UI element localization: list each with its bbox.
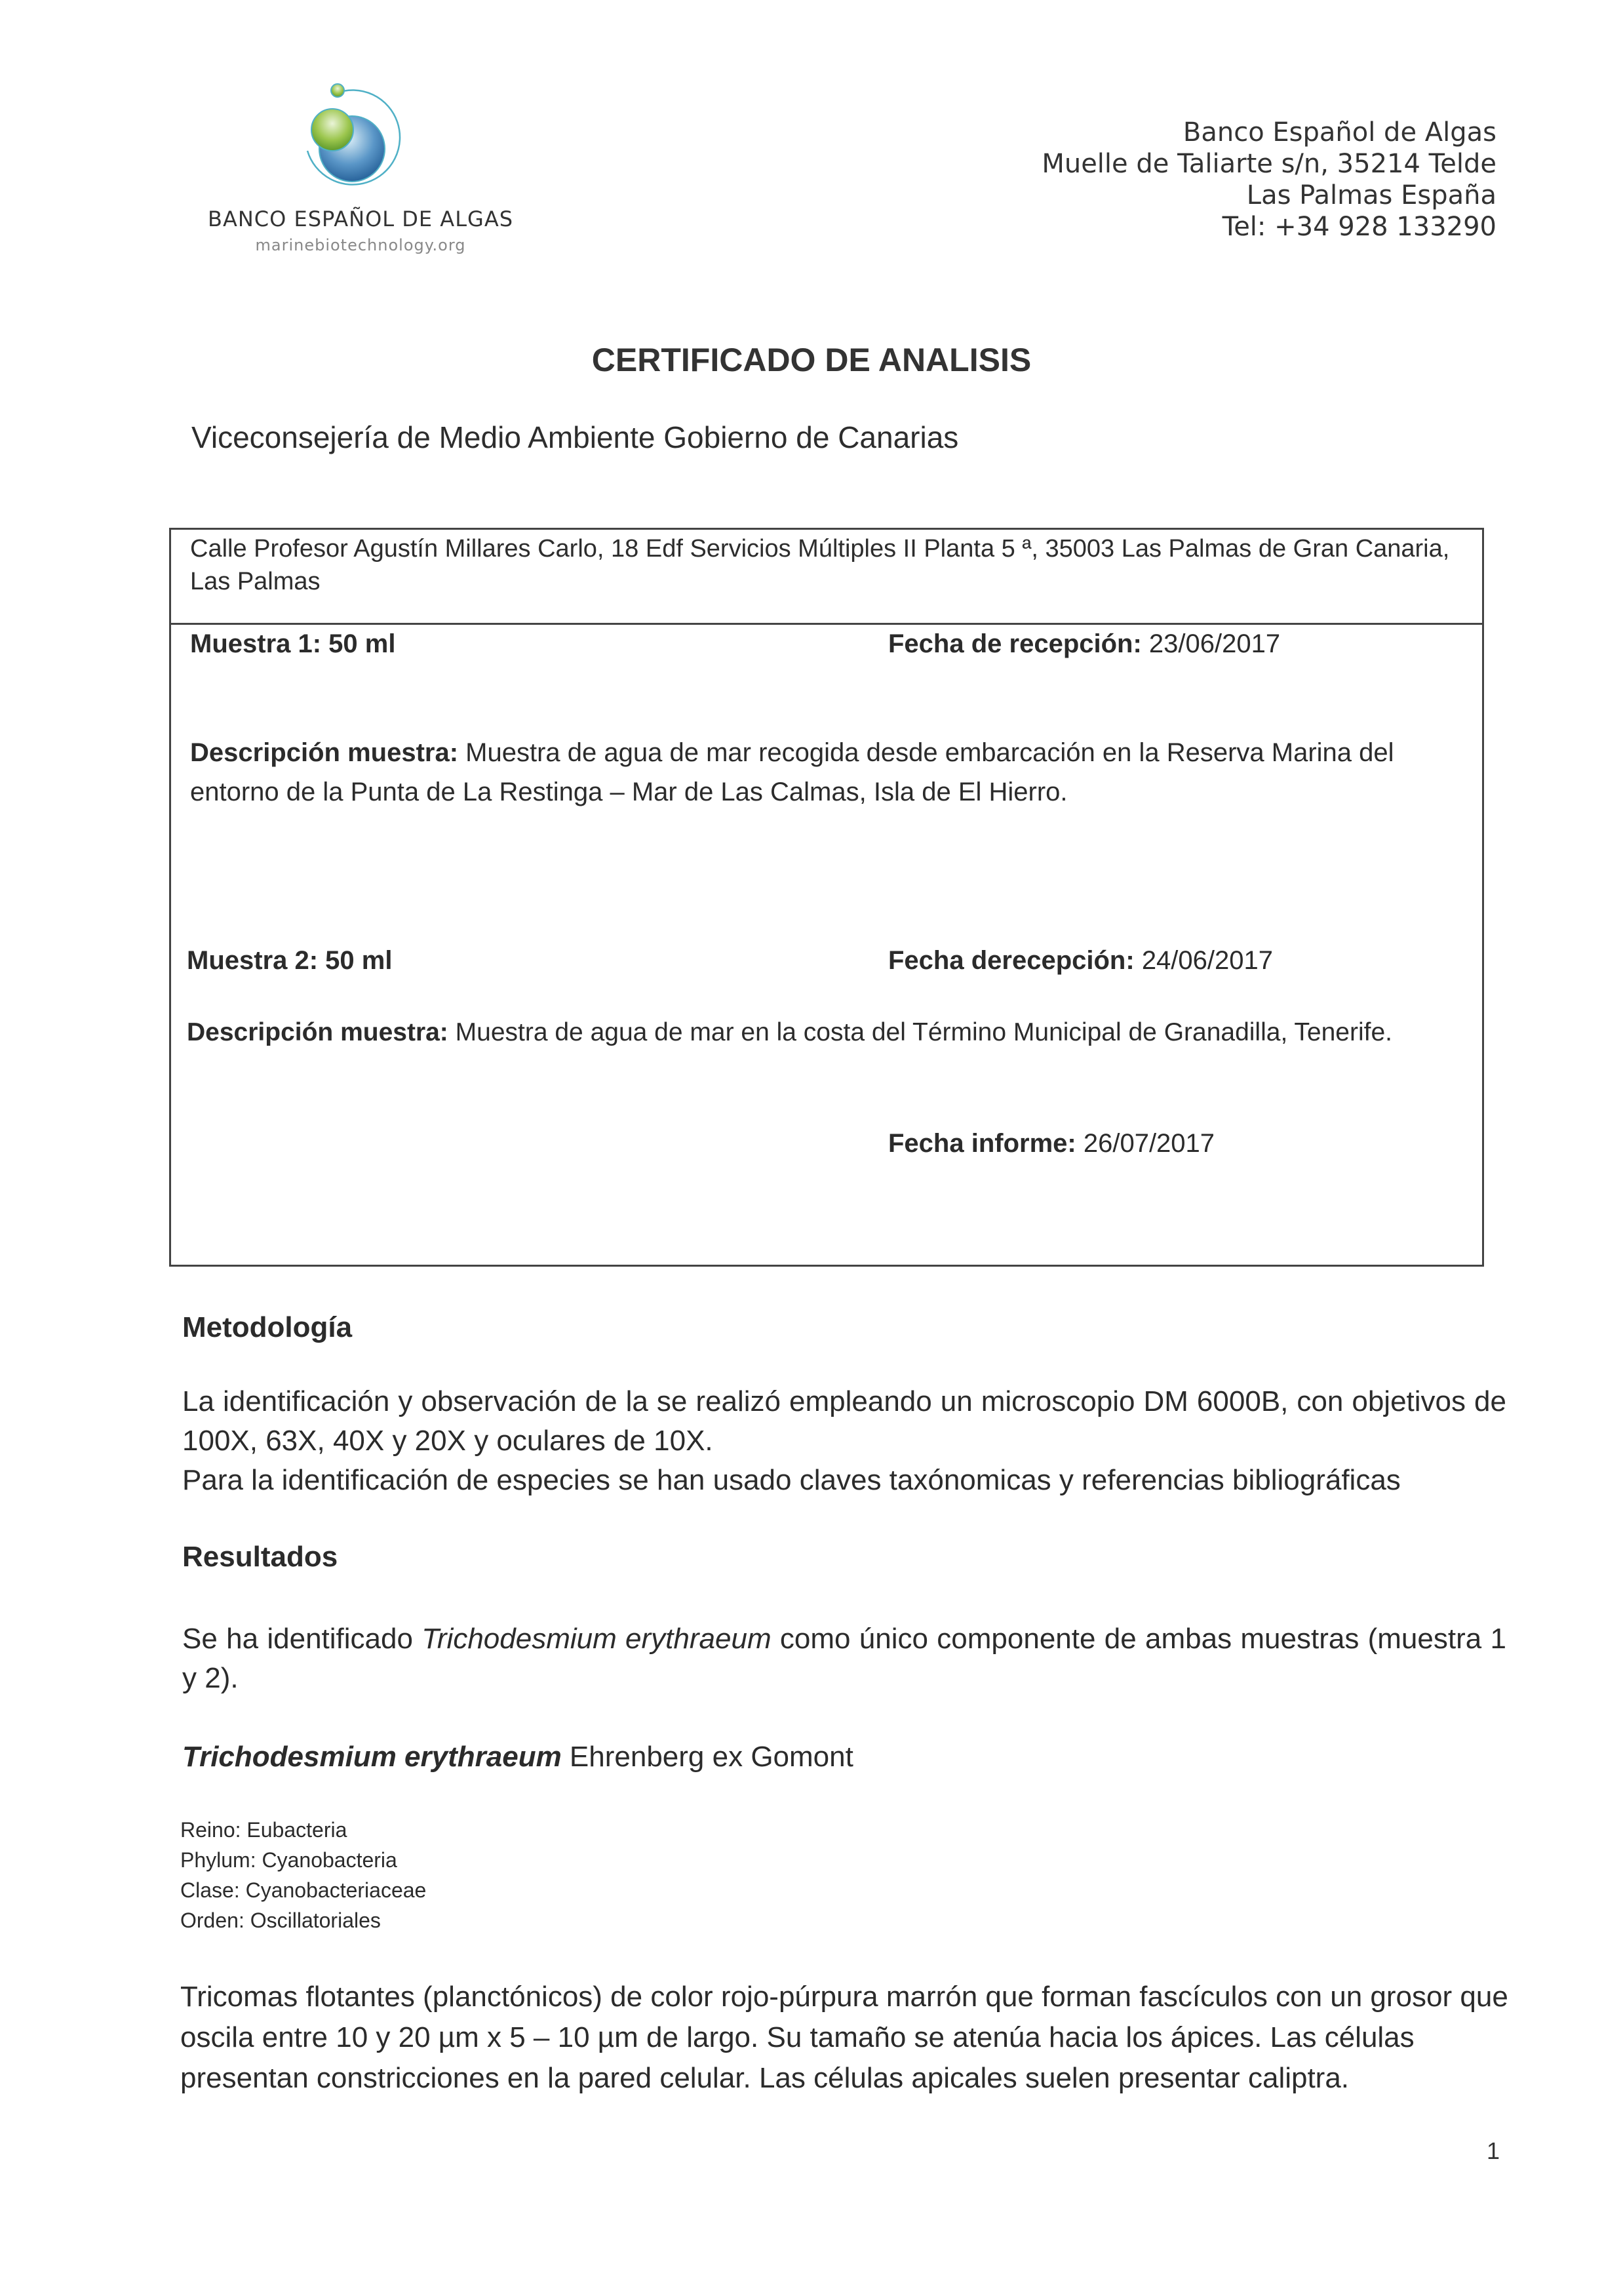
species-name: Trichodesmium erythraeum [421, 1623, 771, 1655]
taxonomy-order: Orden: Oscillatoriales [180, 1905, 426, 1935]
divider [169, 623, 1484, 625]
page-number: 1 [1487, 2137, 1500, 2165]
taxonomy-kingdom: Reino: Eubacteria [180, 1815, 426, 1845]
sender-phone: Tel: +34 928 133290 [1042, 211, 1496, 243]
sample1-reception-date: Fecha de recepción: 23/06/2017 [888, 629, 1280, 659]
sample2-label: Muestra 2: 50 ml [187, 946, 392, 976]
species-description: Tricomas flotantes (planctónicos) de col… [180, 1977, 1517, 2099]
logo-name: BANCO ESPAÑOL DE ALGAS [177, 207, 544, 231]
sender-line: Las Palmas España [1042, 180, 1496, 211]
methodology-heading: Metodología [182, 1311, 352, 1344]
sample2-description: Descripción muestra: Muestra de agua de … [187, 1013, 1485, 1052]
results-heading: Resultados [182, 1541, 338, 1574]
sample2-reception-date: Fecha derecepción: 24/06/2017 [888, 946, 1273, 976]
sender-line: Muelle de Taliarte s/n, 35214 Telde [1042, 148, 1496, 180]
logo-url: marinebiotechnology.org [177, 236, 544, 254]
sender-line: Banco Español de Algas [1042, 117, 1496, 148]
sample1-label: Muestra 1: 50 ml [190, 629, 395, 659]
taxonomy-phylum: Phylum: Cyanobacteria [180, 1845, 426, 1875]
report-date: Fecha informe: 26/07/2017 [888, 1129, 1215, 1158]
algae-globe-icon [292, 79, 403, 203]
species-title: Trichodesmium erythraeum Ehrenberg ex Go… [182, 1737, 1506, 1777]
methodology-paragraph: La identificación y observación de la se… [182, 1382, 1506, 1461]
recipient: Viceconsejería de Medio Ambiente Gobiern… [191, 420, 958, 455]
recipient-address: Calle Profesor Agustín Millares Carlo, 1… [190, 532, 1481, 598]
methodology-references: Para la identificación de especies se ha… [182, 1461, 1506, 1500]
sample1-description: Descripción muestra: Muestra de agua de … [190, 733, 1475, 812]
document-title: CERTIFICADO DE ANALISIS [0, 341, 1623, 379]
taxonomy-class: Clase: Cyanobacteriaceae [180, 1875, 426, 1905]
logo: BANCO ESPAÑOL DE ALGAS marinebiotechnolo… [177, 79, 544, 269]
taxonomy-list: Reino: Eubacteria Phylum: Cyanobacteria … [180, 1815, 426, 1935]
sender-address: Banco Español de Algas Muelle de Taliart… [1042, 117, 1496, 243]
results-paragraph: Se ha identificado Trichodesmium erythra… [182, 1619, 1506, 1698]
